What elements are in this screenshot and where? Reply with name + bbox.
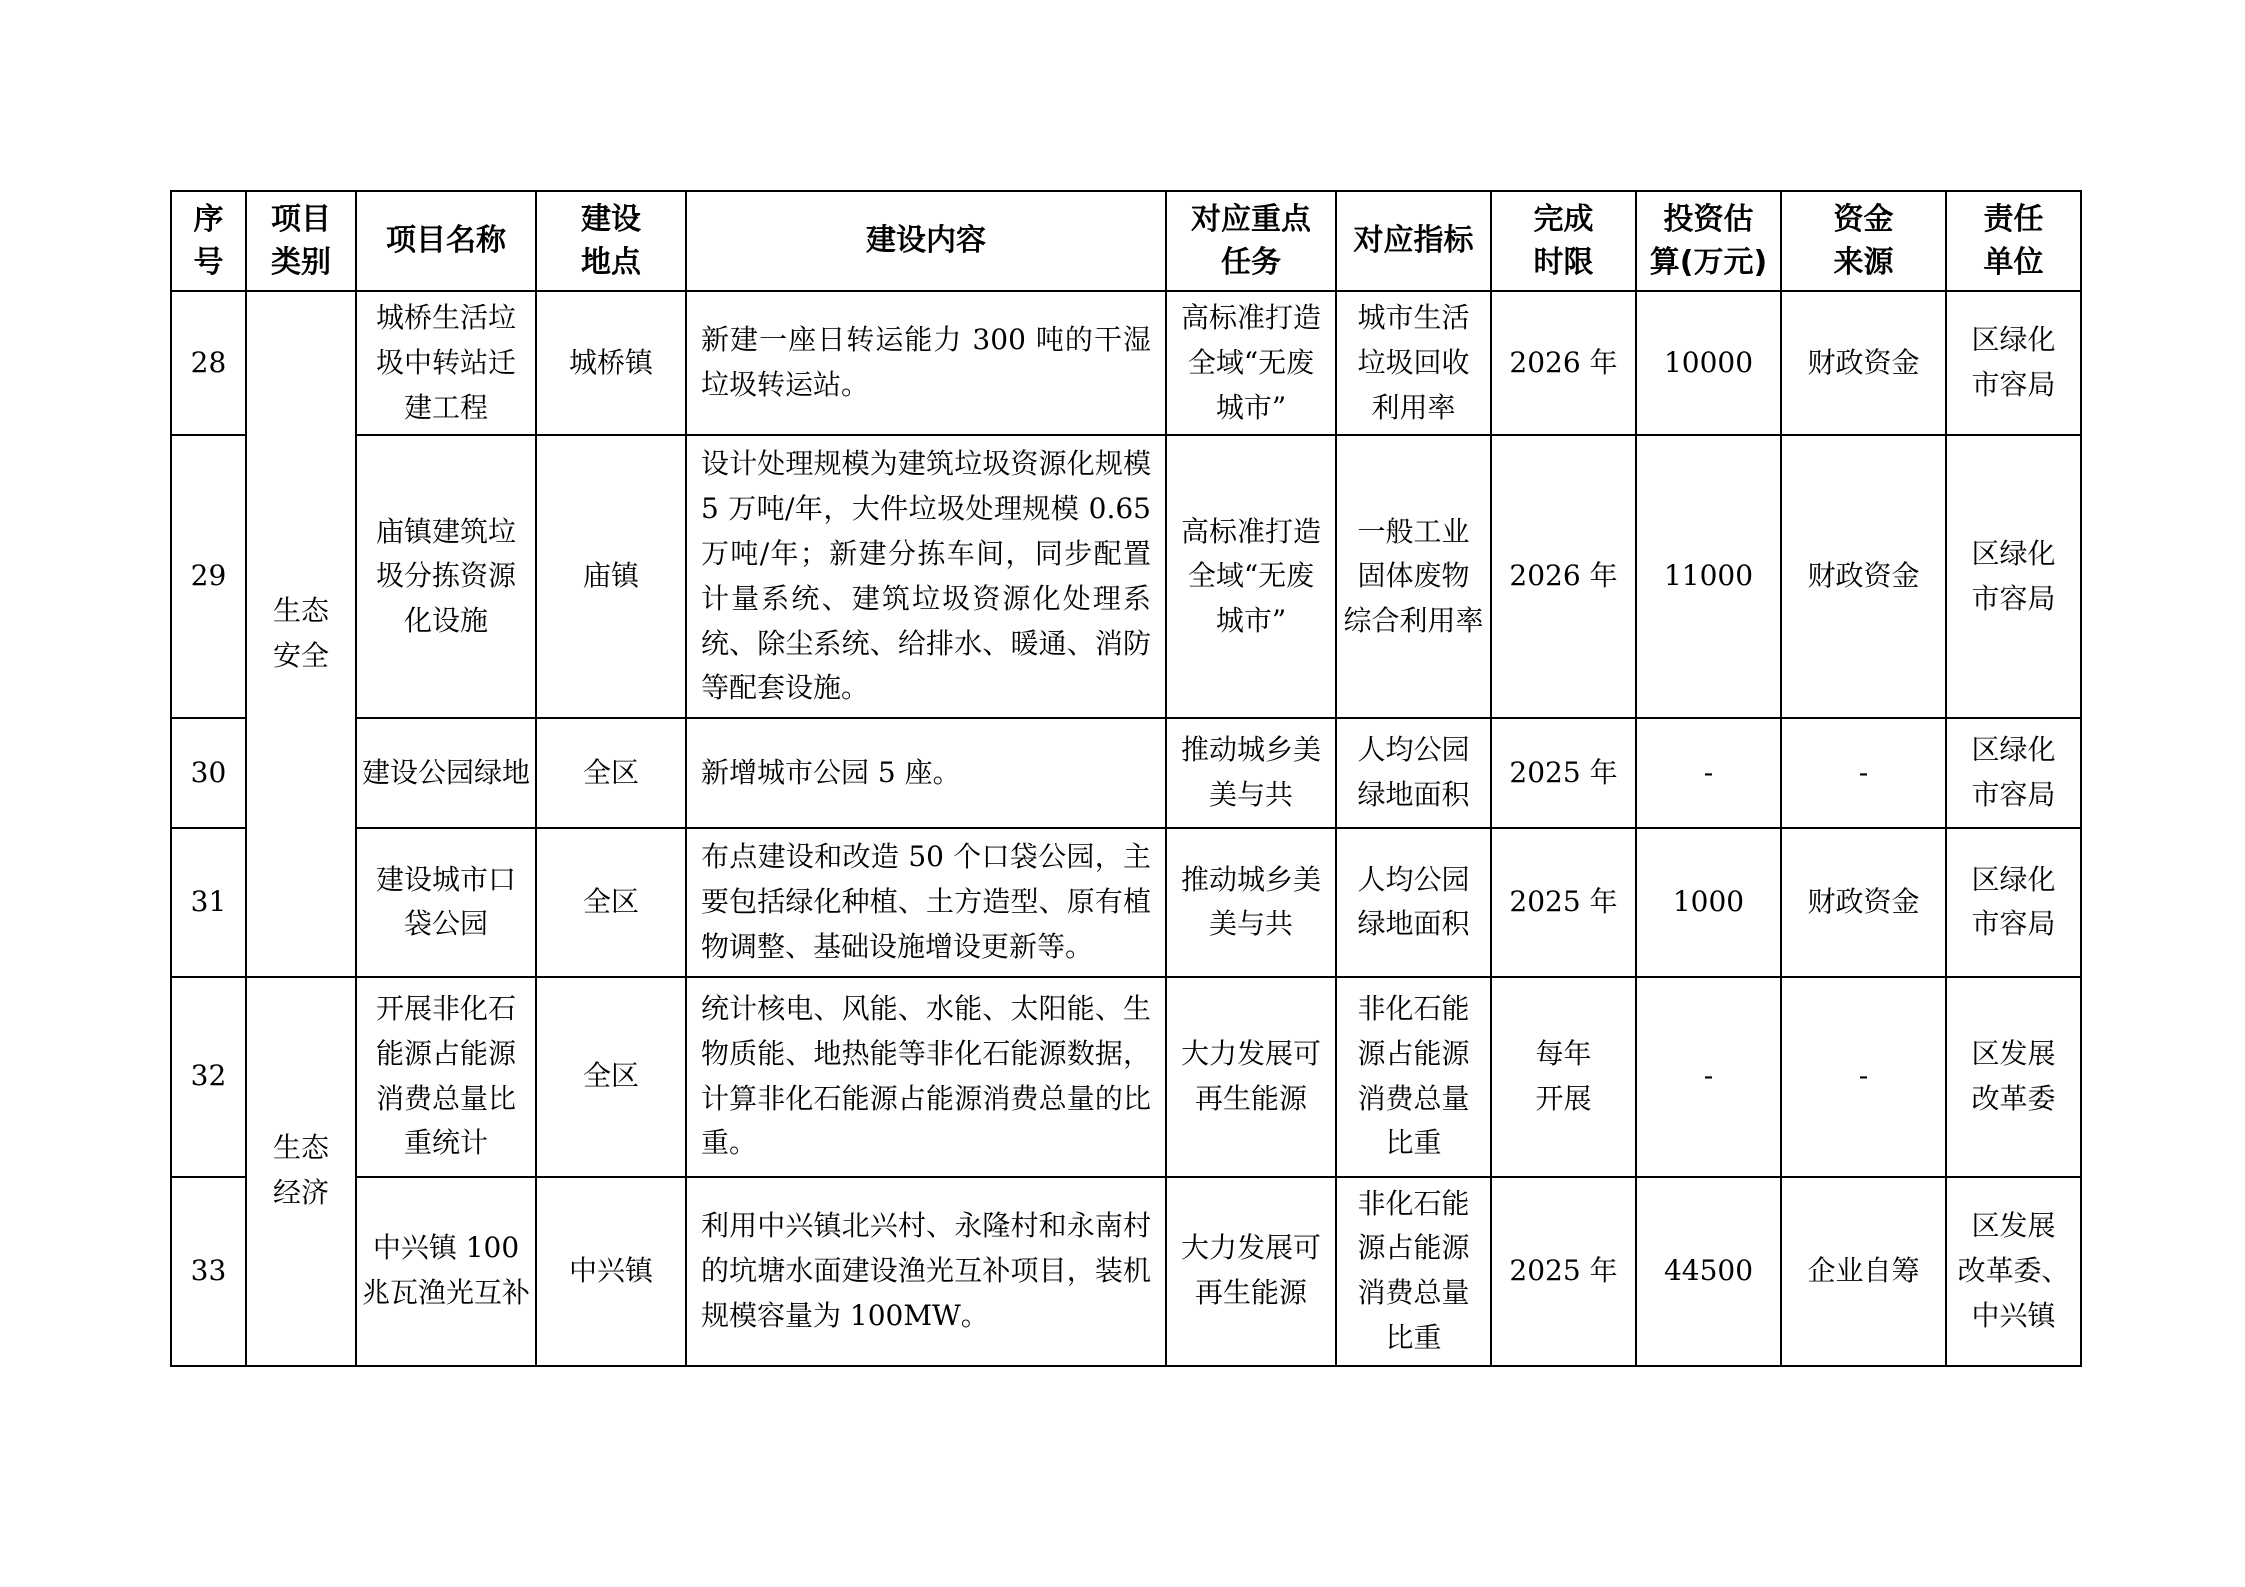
table-row: 31 建设城市口 袋公园 全区 布点建设和改造 50 个口袋公园，主要包括绿化种… — [171, 828, 2081, 976]
cell-location: 全区 — [536, 977, 686, 1177]
cell-task: 高标准打造 全域“无废 城市” — [1166, 291, 1336, 435]
cell-content: 新增城市公园 5 座。 — [686, 718, 1166, 828]
cell-indicator: 城市生活 垃圾回收 利用率 — [1336, 291, 1491, 435]
cell-indicator: 人均公园 绿地面积 — [1336, 828, 1491, 976]
cell-task: 高标准打造 全域“无废 城市” — [1166, 435, 1336, 718]
cell-funding: 企业自筹 — [1781, 1177, 1946, 1366]
cell-no: 29 — [171, 435, 246, 718]
cell-task: 大力发展可 再生能源 — [1166, 1177, 1336, 1366]
table-row: 30 建设公园绿地 全区 新增城市公园 5 座。 推动城乡美 美与共 人均公园 … — [171, 718, 2081, 828]
cell-no: 30 — [171, 718, 246, 828]
cell-project-name: 中兴镇 100 兆瓦渔光互补 — [356, 1177, 536, 1366]
cell-unit: 区绿化 市容局 — [1946, 718, 2081, 828]
cell-content: 设计处理规模为建筑垃圾资源化规模 5 万吨/年，大件垃圾处理规模 0.65 万吨… — [686, 435, 1166, 718]
cell-no: 33 — [171, 1177, 246, 1366]
cell-content: 统计核电、风能、水能、太阳能、生物质能、地热能等非化石能源数据，计算非化石能源占… — [686, 977, 1166, 1177]
cell-task: 推动城乡美 美与共 — [1166, 718, 1336, 828]
header-unit: 责任 单位 — [1946, 191, 2081, 291]
cell-project-name: 庙镇建筑垃 圾分拣资源 化设施 — [356, 435, 536, 718]
header-deadline: 完成 时限 — [1491, 191, 1636, 291]
table-header-row: 序 号 项目 类别 项目名称 建设 地点 建设内容 对应重点 任务 对应指标 完… — [171, 191, 2081, 291]
table-row: 28 生态 安全 城桥生活垃 圾中转站迁 建工程 城桥镇 新建一座日转运能力 3… — [171, 291, 2081, 435]
header-task: 对应重点 任务 — [1166, 191, 1336, 291]
cell-investment: - — [1636, 718, 1781, 828]
cell-investment: 10000 — [1636, 291, 1781, 435]
cell-unit: 区绿化 市容局 — [1946, 828, 2081, 976]
cell-funding: 财政资金 — [1781, 828, 1946, 976]
header-indicator: 对应指标 — [1336, 191, 1491, 291]
cell-funding: 财政资金 — [1781, 435, 1946, 718]
project-table: 序 号 项目 类别 项目名称 建设 地点 建设内容 对应重点 任务 对应指标 完… — [170, 190, 2082, 1367]
cell-investment: 44500 — [1636, 1177, 1781, 1366]
cell-unit: 区发展 改革委、 中兴镇 — [1946, 1177, 2081, 1366]
cell-deadline: 2026 年 — [1491, 291, 1636, 435]
header-investment: 投资估 算(万元) — [1636, 191, 1781, 291]
cell-investment: - — [1636, 977, 1781, 1177]
cell-content: 利用中兴镇北兴村、永隆村和永南村的坑塘水面建设渔光互补项目，装机规模容量为 10… — [686, 1177, 1166, 1366]
cell-location: 中兴镇 — [536, 1177, 686, 1366]
table-row: 32 生态 经济 开展非化石 能源占能源 消费总量比 重统计 全区 统计核电、风… — [171, 977, 2081, 1177]
header-no: 序 号 — [171, 191, 246, 291]
header-name: 项目名称 — [356, 191, 536, 291]
cell-deadline: 2025 年 — [1491, 828, 1636, 976]
cell-funding: - — [1781, 718, 1946, 828]
cell-category-eco-economy: 生态 经济 — [246, 977, 356, 1366]
cell-content: 布点建设和改造 50 个口袋公园，主要包括绿化种植、土方造型、原有植物调整、基础… — [686, 828, 1166, 976]
cell-unit: 区绿化 市容局 — [1946, 435, 2081, 718]
cell-location: 城桥镇 — [536, 291, 686, 435]
cell-indicator: 人均公园 绿地面积 — [1336, 718, 1491, 828]
cell-location: 全区 — [536, 718, 686, 828]
cell-deadline: 2025 年 — [1491, 718, 1636, 828]
cell-category-eco-safety: 生态 安全 — [246, 291, 356, 977]
header-location: 建设 地点 — [536, 191, 686, 291]
header-content: 建设内容 — [686, 191, 1166, 291]
cell-task: 推动城乡美 美与共 — [1166, 828, 1336, 976]
table-row: 33 中兴镇 100 兆瓦渔光互补 中兴镇 利用中兴镇北兴村、永隆村和永南村的坑… — [171, 1177, 2081, 1366]
cell-project-name: 开展非化石 能源占能源 消费总量比 重统计 — [356, 977, 536, 1177]
cell-location: 庙镇 — [536, 435, 686, 718]
cell-indicator: 非化石能 源占能源 消费总量 比重 — [1336, 1177, 1491, 1366]
cell-project-name: 建设城市口 袋公园 — [356, 828, 536, 976]
cell-deadline: 2025 年 — [1491, 1177, 1636, 1366]
header-funding: 资金 来源 — [1781, 191, 1946, 291]
cell-content: 新建一座日转运能力 300 吨的干湿垃圾转运站。 — [686, 291, 1166, 435]
cell-indicator: 非化石能 源占能源 消费总量 比重 — [1336, 977, 1491, 1177]
table-row: 29 庙镇建筑垃 圾分拣资源 化设施 庙镇 设计处理规模为建筑垃圾资源化规模 5… — [171, 435, 2081, 718]
cell-funding: 财政资金 — [1781, 291, 1946, 435]
cell-deadline: 每年 开展 — [1491, 977, 1636, 1177]
cell-project-name: 城桥生活垃 圾中转站迁 建工程 — [356, 291, 536, 435]
cell-no: 32 — [171, 977, 246, 1177]
cell-investment: 1000 — [1636, 828, 1781, 976]
cell-task: 大力发展可 再生能源 — [1166, 977, 1336, 1177]
cell-unit: 区绿化 市容局 — [1946, 291, 2081, 435]
cell-unit: 区发展 改革委 — [1946, 977, 2081, 1177]
cell-location: 全区 — [536, 828, 686, 976]
cell-deadline: 2026 年 — [1491, 435, 1636, 718]
cell-funding: - — [1781, 977, 1946, 1177]
cell-no: 31 — [171, 828, 246, 976]
document-page: 序 号 项目 类别 项目名称 建设 地点 建设内容 对应重点 任务 对应指标 完… — [0, 0, 2245, 1587]
header-category: 项目 类别 — [246, 191, 356, 291]
cell-no: 28 — [171, 291, 246, 435]
cell-investment: 11000 — [1636, 435, 1781, 718]
cell-project-name: 建设公园绿地 — [356, 718, 536, 828]
cell-indicator: 一般工业 固体废物 综合利用率 — [1336, 435, 1491, 718]
